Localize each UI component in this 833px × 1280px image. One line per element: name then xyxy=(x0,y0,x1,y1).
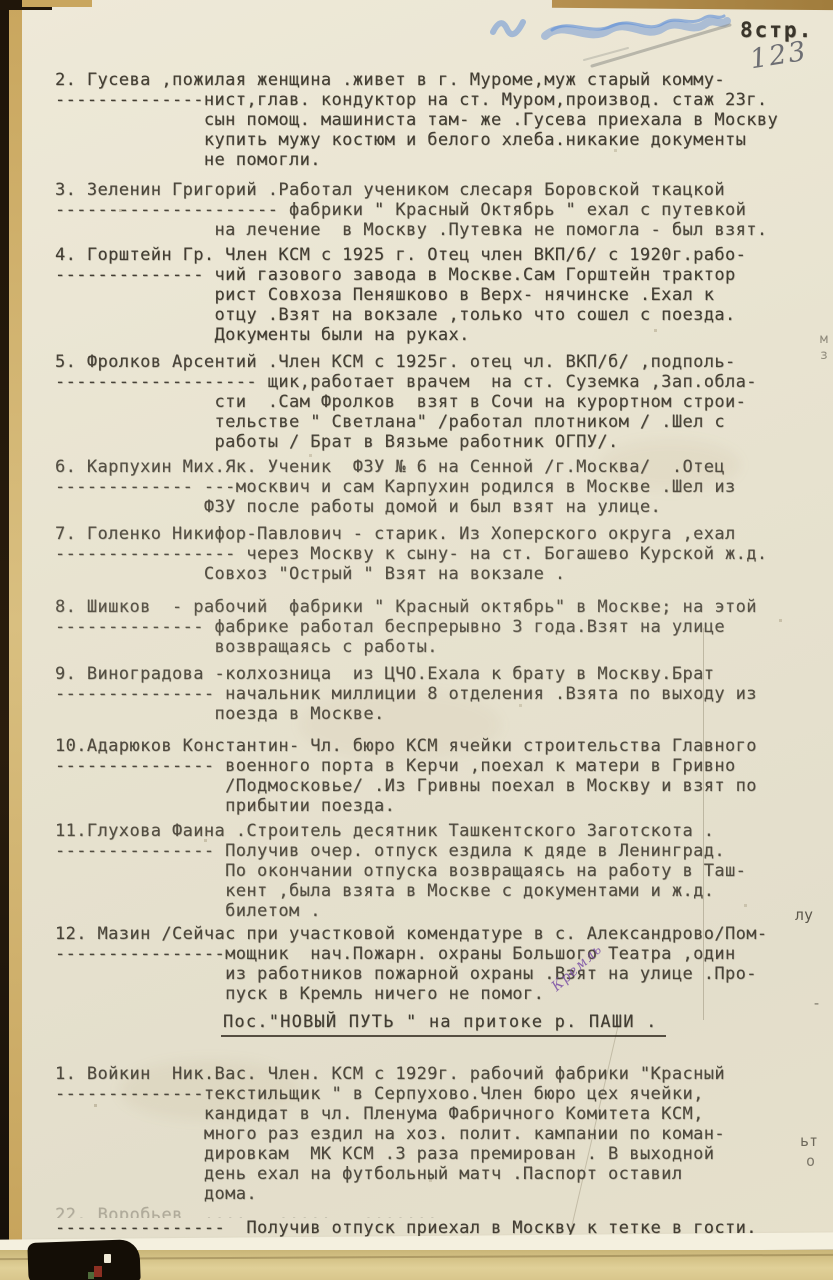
report-entry: 11.Глухова Фаина .Строитель десятник Таш… xyxy=(55,821,833,921)
typed-line: -------------- фабрике работал беспрерыв… xyxy=(55,617,833,637)
report-entry: 3. Зеленин Григорий .Работал учеником сл… xyxy=(55,180,833,240)
book-edge-color-speck xyxy=(94,1266,102,1277)
report-entry: 7. Голенко Никифор-Павлович - старик. Из… xyxy=(55,524,833,584)
typed-line: 12. Мазин /Сейчас при участковой коменда… xyxy=(55,924,833,944)
margin-fragment: - xyxy=(812,994,821,1012)
book-corner-dark xyxy=(27,1239,140,1280)
margin-fragment: лу xyxy=(795,906,813,924)
typed-line: сти .Сам Фролков взят в Сочи на курортно… xyxy=(55,392,833,412)
typed-line: не помогли. xyxy=(55,150,833,170)
typed-line: -------------- чий газового завода в Мос… xyxy=(55,265,833,285)
typed-line: на лечение в Москву .Путевка не помогла … xyxy=(55,220,833,240)
typed-line: 9. Виноградова -колхозница из ЦЧО.Ехала … xyxy=(55,664,833,684)
typed-line: 3. Зеленин Григорий .Работал учеником сл… xyxy=(55,180,833,200)
typed-line: 11.Глухова Фаина .Строитель десятник Таш… xyxy=(55,821,833,841)
typed-line: ------------- ---москвич и сам Карпухин … xyxy=(55,477,833,497)
typed-line: ------------------- щик,работает врачем … xyxy=(55,372,833,392)
report-entry: 1. Войкин Ник.Вас. Член. КСМ с 1929г. ра… xyxy=(55,1064,833,1204)
report-entry: 4. Горштейн Гр. Член КСМ с 1925 г. Отец … xyxy=(55,245,833,345)
blue-pen-scribble xyxy=(0,0,833,100)
typed-line: поезда в Москве. xyxy=(55,704,833,724)
book-binding-edge xyxy=(0,0,9,1250)
typed-line: купить мужу костюм и белого хлеба.никаки… xyxy=(55,130,833,150)
typed-line: 22. Воробьев .... ..... ....... xyxy=(55,1205,833,1218)
underlying-page-edge-top xyxy=(22,0,92,7)
typed-report-body: 2. Гусева ,пожилая женщина .живет в г. М… xyxy=(55,70,833,1238)
typed-line: из работников пожарной охраны .Взят на у… xyxy=(55,964,833,984)
typed-line: Совхоз "Острый " Взят на вокзале . xyxy=(55,564,833,584)
typed-line: /Подмосковье/ .Из Гривны поехал в Москву… xyxy=(55,776,833,796)
typed-line: 5. Фролков Арсентий .Член КСМ с 1925г. о… xyxy=(55,352,833,372)
typed-line: 7. Голенко Никифор-Павлович - старик. Из… xyxy=(55,524,833,544)
report-entry: 5. Фролков Арсентий .Член КСМ с 1925г. о… xyxy=(55,352,833,452)
typed-line: ----------------- через Москву к сыну- н… xyxy=(55,544,833,564)
typed-line: дировкам МК КСМ .3 раза премирован . В в… xyxy=(55,1144,833,1164)
margin-fragment: ьт xyxy=(800,1132,818,1150)
typed-line: По окончании отпуска возвращаясь на рабо… xyxy=(55,861,833,881)
typed-line: прибытии поезда. xyxy=(55,796,833,816)
margin-fragment: з xyxy=(820,348,828,363)
typed-line: --------------------- фабрики " Красный … xyxy=(55,200,833,220)
typed-line: день ехал на футбольный матч .Паспорт ос… xyxy=(55,1164,833,1184)
typed-line: кент ,была взята в Москве с документами … xyxy=(55,881,833,901)
report-entry: 12. Мазин /Сейчас при участковой коменда… xyxy=(55,924,833,1004)
typed-line: ----------------мощник нач.Пожарн. охран… xyxy=(55,944,833,964)
typed-line: билетом . xyxy=(55,901,833,921)
typed-line: много раз ездил на хоз. полит. кампании … xyxy=(55,1124,833,1144)
typed-line: --------------- военного порта в Керчи ,… xyxy=(55,756,833,776)
typed-line: кандидат в чл. Пленума Фабричного Комите… xyxy=(55,1104,833,1124)
typed-line: --------------- Получив очер. отпуск езд… xyxy=(55,841,833,861)
typed-line: дома. xyxy=(55,1184,833,1204)
typed-line: рист Совхоза Пеняшково в Верх- нячинске … xyxy=(55,285,833,305)
report-entry: 6. Карпухин Мих.Як. Ученик ФЗУ № 6 на Се… xyxy=(55,457,833,517)
typed-line: отцу .Взят на вокзале ,только что сошел … xyxy=(55,305,833,325)
page-corner-sliver xyxy=(104,1254,111,1263)
typed-line: пуск в Кремль ничего не помог. xyxy=(55,984,833,1004)
margin-fragment: м xyxy=(820,332,828,347)
underlying-page-edge xyxy=(9,0,22,1246)
margin-fragment: о xyxy=(806,1152,815,1170)
typed-line: --------------- начальник миллиции 8 отд… xyxy=(55,684,833,704)
typed-line: сын помощ. машиниста там- же .Гусева при… xyxy=(55,110,833,130)
section-heading: Пос."НОВЫЙ ПУТЬ " на притоке р. ПАШИ . xyxy=(55,1012,833,1036)
typed-line: --------------текстильщик " в Серпухово.… xyxy=(55,1084,833,1104)
typed-line: 6. Карпухин Мих.Як. Ученик ФЗУ № 6 на Се… xyxy=(55,457,833,477)
section-heading-text: Пос."НОВЫЙ ПУТЬ " на притоке р. ПАШИ . xyxy=(221,1012,666,1037)
typed-line: 4. Горштейн Гр. Член КСМ с 1925 г. Отец … xyxy=(55,245,833,265)
typed-line: Документы были на руках. xyxy=(55,325,833,345)
report-entry: 22. Воробьев .... ..... ....... xyxy=(55,1205,833,1218)
typed-line: 10.Адарюков Константин- Чл. бюро КСМ яче… xyxy=(55,736,833,756)
typed-line: 8. Шишков - рабочий фабрики " Красный ок… xyxy=(55,597,833,617)
report-entry: 10.Адарюков Константин- Чл. бюро КСМ яче… xyxy=(55,736,833,816)
typed-line: тельстве " Светлана" /работал плотником … xyxy=(55,412,833,432)
typed-line: работы / Брат в Вязьме работник ОГПУ/. xyxy=(55,432,833,452)
typed-line: ФЗУ после работы домой и был взят на ули… xyxy=(55,497,833,517)
report-entry: 8. Шишков - рабочий фабрики " Красный ок… xyxy=(55,597,833,657)
report-entry: 9. Виноградова -колхозница из ЦЧО.Ехала … xyxy=(55,664,833,724)
book-edge-color-speck xyxy=(88,1272,94,1279)
typed-line: возвращаясь с работы. xyxy=(55,637,833,657)
typed-line: 1. Войкин Ник.Вас. Член. КСМ с 1929г. ра… xyxy=(55,1064,833,1084)
